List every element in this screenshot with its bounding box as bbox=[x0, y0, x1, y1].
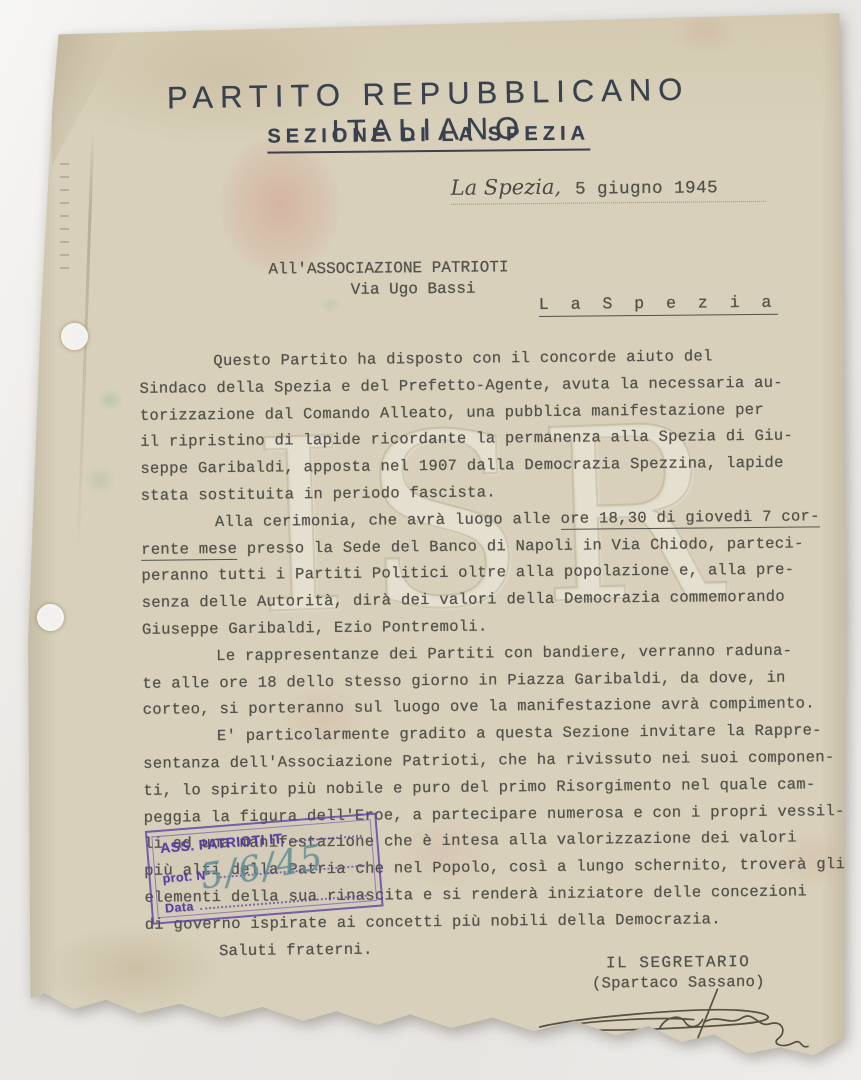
body-text-segment: Le rappresentanze dei Partiti con bandie… bbox=[216, 641, 792, 665]
body-text-segment: senza delle Autorità, dirà dei valori de… bbox=[142, 588, 785, 612]
recipient-street: Via Ugo Bassi bbox=[351, 278, 509, 301]
body-text-segment: peranno tutti i Partiti Politici oltre a… bbox=[141, 561, 794, 585]
body-text-segment: seppe Garibaldi, apposta nel 1907 dalla … bbox=[140, 454, 783, 478]
letterhead-subtitle-text: SEZIONE DI LA SPEZIA bbox=[267, 123, 590, 154]
stamp-dotted-line bbox=[200, 894, 367, 910]
handwritten-signature-icon bbox=[531, 982, 832, 1070]
body-text-segment: Saluti fraterni. bbox=[219, 940, 373, 959]
body-text-segment: corteo, si porteranno sul luogo ove la m… bbox=[143, 695, 815, 719]
letter-content: ISR PARTITO REPUBBLICANO ITALIANO SEZION… bbox=[24, 4, 856, 1068]
body-text-segment: il ripristino di lapide ricordante la pe… bbox=[140, 427, 793, 451]
recipient-city: L a S p e z i a bbox=[539, 293, 778, 317]
body-text-segment: Alla cerimonia, che avrà luogo alle bbox=[215, 510, 561, 531]
body-text-segment: sentanza dell'Associazione Patrioti, che… bbox=[143, 748, 834, 773]
paper-sheet: ISR PARTITO REPUBBLICANO ITALIANO SEZION… bbox=[24, 8, 846, 1064]
dateline: La Spezia, 5 giugno 1945 bbox=[451, 173, 766, 205]
dateline-place: La Spezia, bbox=[451, 175, 562, 200]
body-text-segment: Questo Partito ha disposto con il concor… bbox=[213, 347, 712, 370]
body-text-underlined: ore 18,30 di giovedì 7 cor- bbox=[560, 507, 819, 529]
body-text-segment: Giuseppe Garibaldi, Ezio Pontremoli. bbox=[142, 617, 488, 638]
body-text-segment: torizzazione dal Comando Alleato, una pu… bbox=[140, 400, 764, 424]
stamp-date-label: Data bbox=[165, 899, 195, 915]
recipient-name: All'ASSOCIAZIONE PATRIOTI bbox=[268, 257, 508, 280]
body-text-segment: ti, lo spirito più nobile e puro del pri… bbox=[143, 775, 815, 799]
body-text-segment: stata sostituita in periodo fascista. bbox=[141, 483, 496, 504]
body-text-segment: presso la Sede del Banco di Napoli in Vi… bbox=[237, 534, 804, 557]
recipient-block: All'ASSOCIAZIONE PATRIOTI Via Ugo Bassi bbox=[268, 257, 508, 301]
body-text-segment: te alle ore 18 dello stesso giorno in Pi… bbox=[142, 668, 785, 692]
body-text-segment: E' particolarmente gradito a questa Sezi… bbox=[217, 721, 822, 745]
body-text-segment: Sindaco della Spezia e del Prefetto-Agen… bbox=[140, 373, 783, 397]
letterhead-subtitle: SEZIONE DI LA SPEZIA bbox=[80, 121, 777, 156]
dateline-date: 5 giugno 1945 bbox=[575, 178, 718, 199]
body-text-underlined: rente mese bbox=[141, 540, 237, 561]
scanned-letter: ISR PARTITO REPUBBLICANO ITALIANO SEZION… bbox=[24, 8, 846, 1064]
signature-role: IL SEGRETARIO bbox=[533, 952, 823, 973]
